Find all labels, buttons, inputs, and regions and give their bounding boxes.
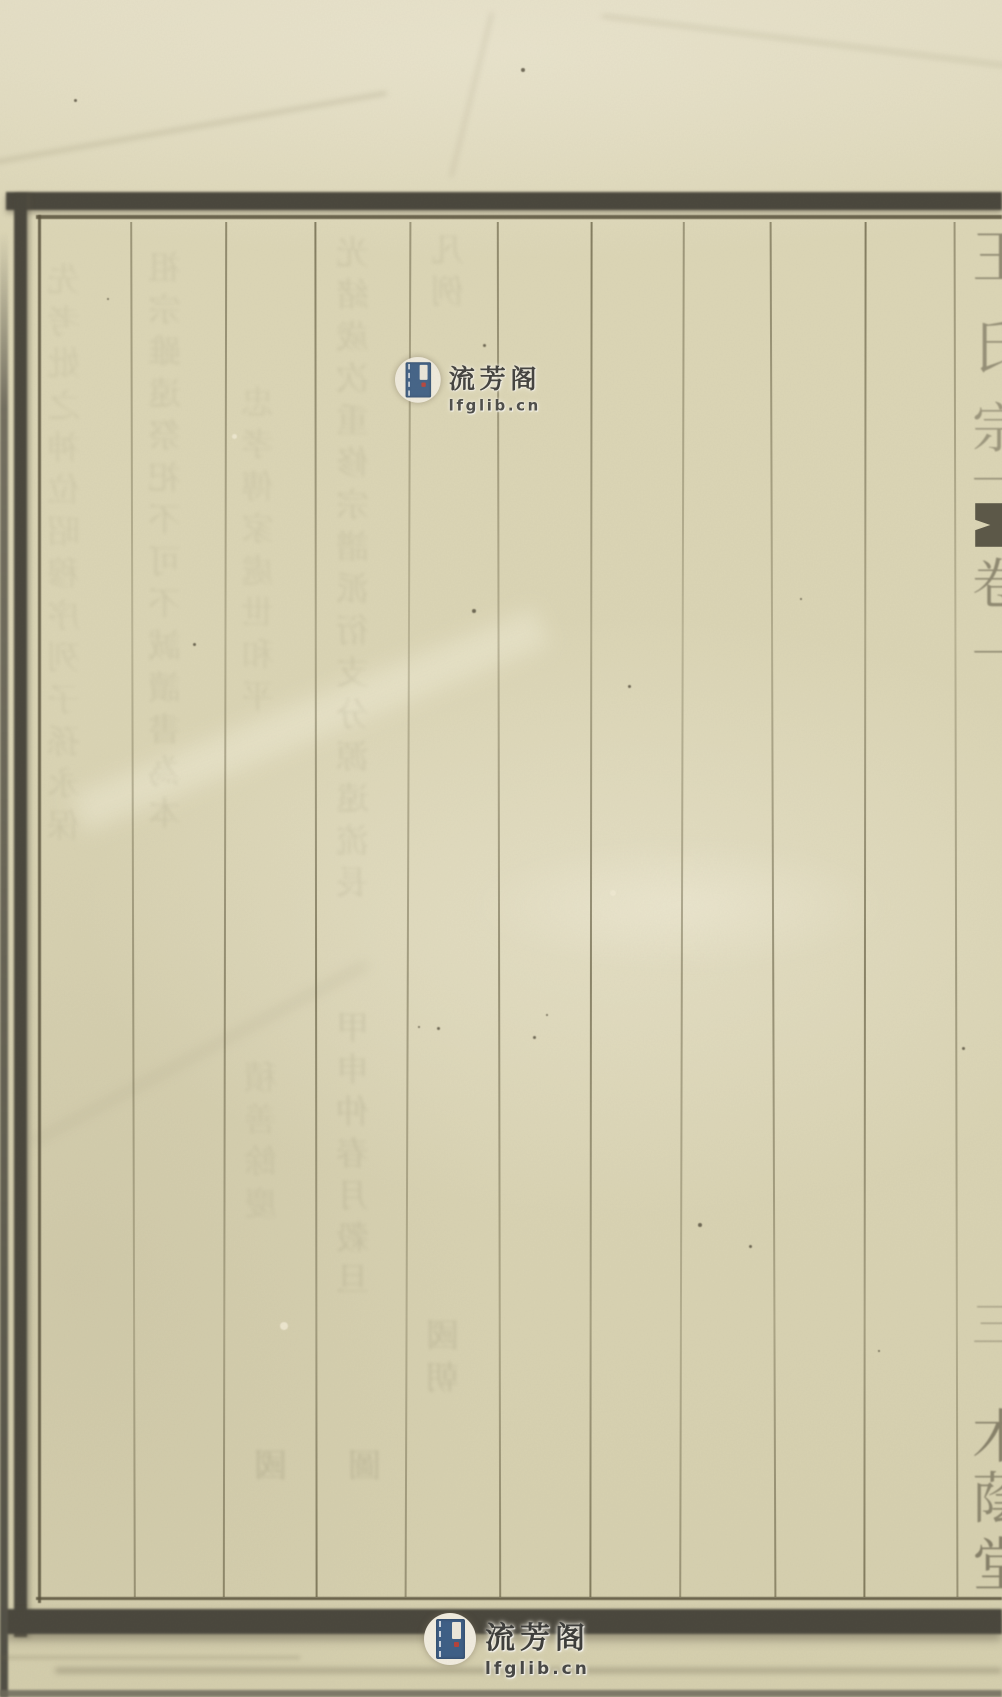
watermark-badge [395, 357, 441, 403]
page-edge-shadow-bottom [0, 1690, 1002, 1697]
ghost-text-column: 圖 [350, 1448, 383, 1490]
spine-character: 卷 [972, 558, 1002, 612]
ink-speck [193, 643, 196, 646]
frame-border-bottom [5, 1609, 1002, 1634]
watermark-top: 流芳阁 lfglib.cn [395, 357, 541, 415]
spine-character: 一 [972, 462, 1002, 502]
spine-character: 三 [972, 1300, 1002, 1350]
watermark-site-url: lfglib.cn [449, 397, 541, 415]
ink-speck [437, 1027, 440, 1030]
ink-speck [483, 344, 486, 347]
spine-character: 蔭 [972, 1472, 1002, 1528]
scanned-genealogy-page: { "document": { "kind_label": "blank rul… [0, 0, 1002, 1697]
spine-character: 氏 [972, 318, 1002, 378]
frame-border-top [6, 192, 1002, 210]
column-rule [223, 222, 227, 1597]
ghost-text-column: 先考妣之神位昭穆序列子孫永保 [49, 262, 82, 850]
paper-chip [610, 890, 616, 896]
spine-character: 一 [972, 634, 1002, 678]
frame-innerline-bottom [36, 1597, 1002, 1600]
paper-crease [0, 92, 387, 168]
ink-speck [628, 685, 631, 688]
ink-speck [698, 1223, 702, 1227]
bottom-smudge [55, 1668, 1002, 1673]
paper-chip [232, 434, 237, 439]
ink-speck [878, 1350, 880, 1352]
column-rule [130, 222, 136, 1597]
column-rule [954, 222, 959, 1597]
ink-speck [107, 298, 109, 300]
ghost-text-column: 忠孝傳家處世和平 [243, 385, 276, 721]
paper-crease [31, 961, 369, 1145]
spine-character: 王 [972, 228, 1002, 286]
paper-crease-highlight [71, 608, 550, 832]
ink-speck [749, 1245, 752, 1248]
ink-speck [74, 99, 77, 102]
ghost-text-column: 祖宗雖遠祭祀不可不誠讀書為本 [150, 250, 183, 838]
ink-speck [533, 1036, 536, 1039]
ghost-text-column: 光緒歲次重修宗譜派衍支分源遠流長 [338, 235, 371, 907]
bottom-smudge [0, 1656, 300, 1659]
paper-chip [280, 1322, 288, 1330]
book-label [419, 365, 427, 380]
ghost-text-column: 國 [256, 1448, 289, 1490]
column-rule [405, 222, 412, 1597]
spine-character: 木 [972, 1408, 1002, 1466]
ghost-text-column: 凡例 [433, 232, 466, 316]
spine-character: 宗 [972, 402, 1002, 456]
ghost-text-column: 積善餘慶 [246, 1060, 279, 1228]
frame-border-left [14, 194, 27, 1637]
ink-speck [521, 68, 525, 72]
paper-crease [449, 12, 493, 178]
ink-speck [800, 598, 802, 600]
spine-character: 堂 [972, 1536, 1002, 1594]
book-seal [421, 383, 425, 387]
ink-speck [418, 1026, 420, 1028]
page-edge-shadow-left [0, 232, 8, 1697]
ink-speck [546, 1014, 548, 1016]
ink-speck [962, 1047, 965, 1050]
frame-innerline-top [36, 215, 1002, 219]
book-seal [454, 1642, 459, 1647]
ghost-text-column: 甲申仲春月穀旦 [338, 1010, 371, 1304]
column-rule [314, 222, 317, 1597]
ink-speck [472, 609, 476, 613]
paper-crease [601, 14, 1002, 68]
watermark-site-name: 流芳阁 [449, 357, 541, 396]
frame-innerline-left [38, 215, 41, 1603]
fishtail-ink-block [975, 503, 1002, 547]
ghost-text-column: 國朝 [428, 1318, 461, 1402]
